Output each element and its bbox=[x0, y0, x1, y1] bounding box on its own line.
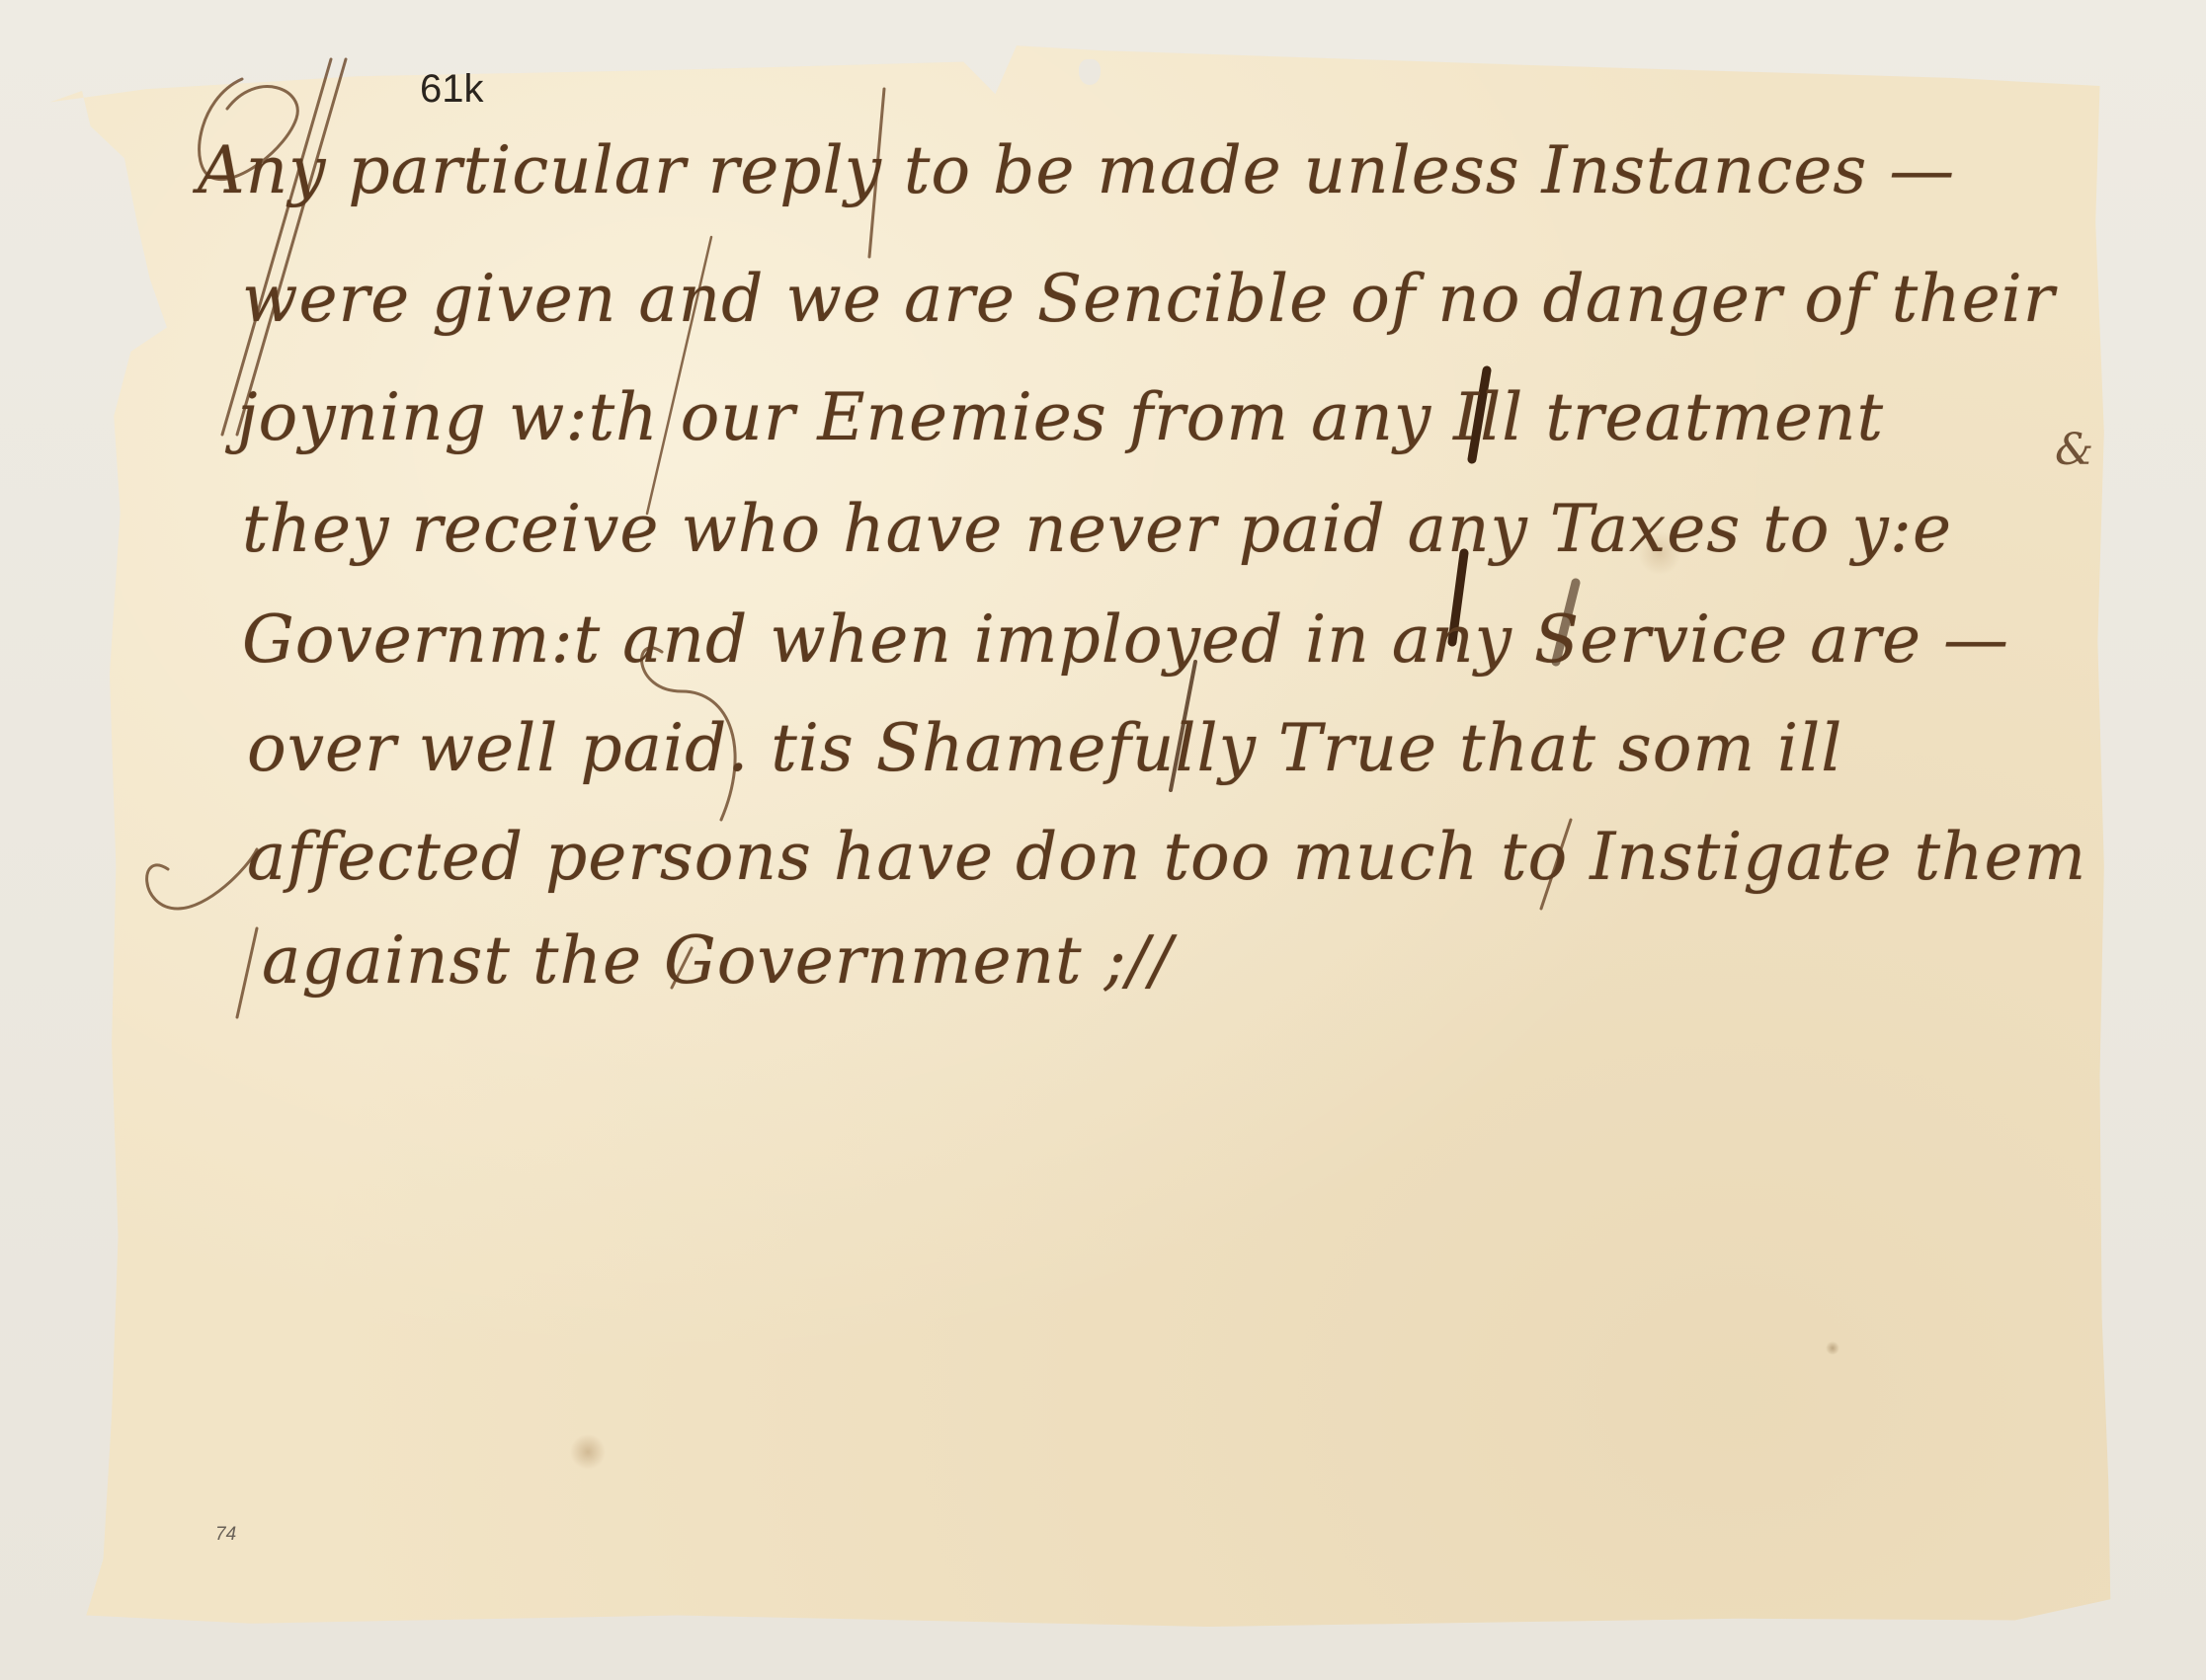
manuscript-line-3: joyning w:th our Enemies from any Ill tr… bbox=[237, 385, 1884, 450]
manuscript-line-6: over well paid. tis Shamefully True that… bbox=[247, 716, 1842, 781]
manuscript-line-2: were given and we are Sencible of no dan… bbox=[242, 267, 2055, 332]
manuscript-line-5: Governm:t and when imployed in any Servi… bbox=[242, 607, 2009, 673]
manuscript-line-8: against the Government ;// bbox=[262, 928, 1173, 994]
paper-tear bbox=[1079, 59, 1101, 85]
catalog-mark: 61k bbox=[420, 67, 484, 112]
manuscript-line-4: they receive who have never paid any Tax… bbox=[242, 497, 1952, 562]
manuscript-line-7: affected persons have don too much to In… bbox=[247, 825, 2086, 890]
manuscript-line-1: Any particular reply to be made unless I… bbox=[198, 138, 1955, 203]
folio-number: 74 bbox=[215, 1524, 236, 1546]
